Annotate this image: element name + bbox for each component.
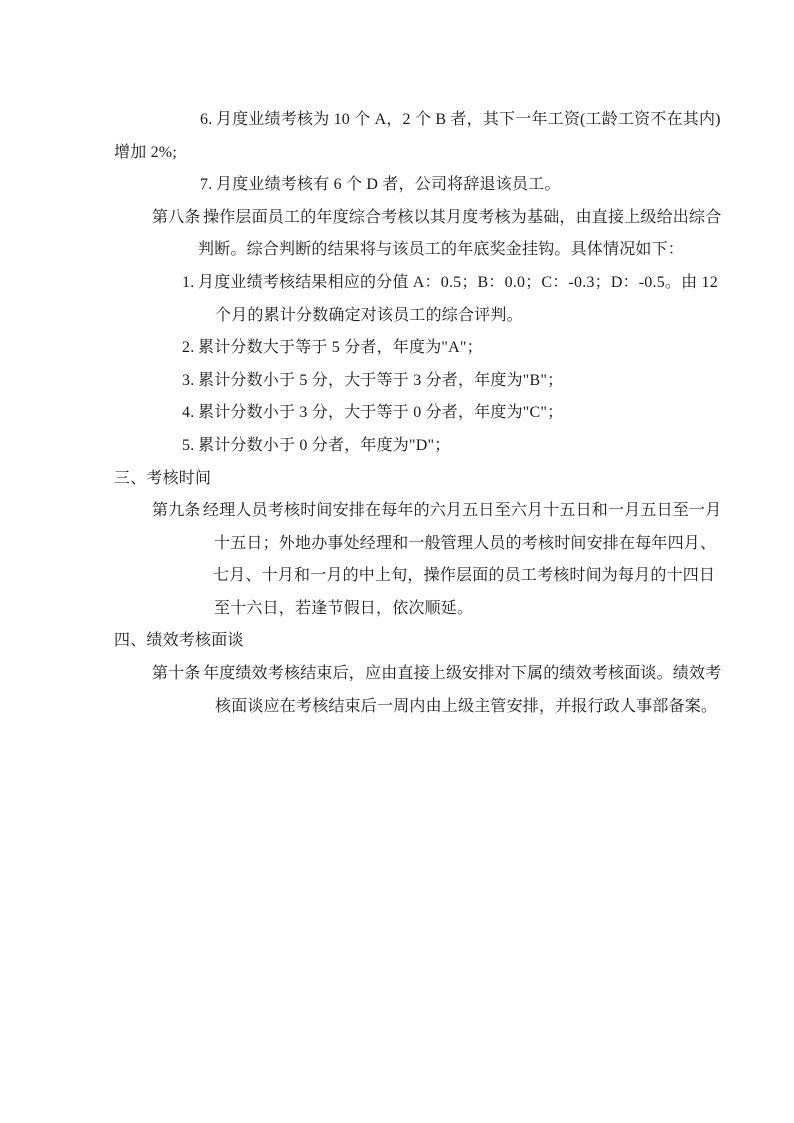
section-heading: 四、绩效考核面谈 (114, 631, 244, 651)
doc-line-article-9-continuation-1: 十五日；外地办事处经理和一般管理人员的考核时间安排在每年四月、 (0, 534, 794, 554)
line-text: 年度绩效考核结束后，应由直接上级安排对下属的绩效考核面谈。绩效考 (203, 664, 721, 684)
line-text: 十五日；外地办事处经理和一般管理人员的考核时间安排在每年四月、 (214, 534, 716, 554)
doc-line-article-9-continuation-3: 至十六日，若逢节假日，依次顺延。 (0, 599, 794, 619)
line-text: 累计分数小于 0 分者，年度为"D"； (198, 436, 450, 456)
line-text: 累计分数小于 3 分，大于等于 0 分者，年度为"C"； (198, 403, 563, 423)
line-text: 月度业绩考核结果相应的分值 A：0.5；B：0.0；C：-0.3；D：-0.5。… (198, 273, 718, 293)
list-number: 2. (182, 338, 194, 358)
list-number: 3. (182, 371, 194, 391)
line-text: 核面谈应在考核结束后一周内由上级主管安排，并报行政人事部备案。 (215, 697, 717, 717)
list-number: 5. (182, 436, 194, 456)
doc-line-article-9-continuation-2: 七月、十月和一月的中上旬，操作层面的员工考核时间为每月的十四日 (0, 566, 794, 586)
line-text: 七月、十月和一月的中上旬，操作层面的员工考核时间为每月的十四日 (213, 566, 715, 586)
section-heading: 三、考核时间 (114, 469, 211, 489)
doc-line-item-6-continuation: 增加 2%; (0, 143, 794, 163)
line-text: 判断。综合判断的结果将与该员工的年底奖金挂钩。具体情况如下： (198, 240, 684, 260)
line-text: 操作层面员工的年度综合考核以其月度考核为基础，由直接上级给出综合 (203, 208, 721, 228)
article-label: 第八条 (152, 208, 201, 228)
doc-line-numbered-item-7: 7. 月度业绩考核有 6 个 D 者，公司将辞退该员工。 (0, 175, 794, 195)
document-page: 6. 月度业绩考核为 10 个 A，2 个 B 者，其下一年工资(工龄工资不在其… (0, 0, 794, 1123)
doc-line-section-heading-4: 四、绩效考核面谈 (0, 631, 794, 651)
line-text: 个月的累计分数确定对该员工的综合评判。 (215, 306, 523, 326)
doc-line-article-8-continuation: 判断。综合判断的结果将与该员工的年底奖金挂钩。具体情况如下： (0, 240, 794, 260)
doc-line-article-10: 第十条 年度绩效考核结束后，应由直接上级安排对下属的绩效考核面谈。绩效考 (0, 664, 794, 684)
doc-line-numbered-item-5: 5. 累计分数小于 0 分者，年度为"D"； (0, 436, 794, 456)
line-text: 至十六日，若逢节假日，依次顺延。 (214, 599, 473, 619)
list-number: 6. (200, 110, 212, 130)
line-text: 累计分数大于等于 5 分者，年度为"A"； (198, 338, 483, 358)
list-number: 4. (182, 403, 194, 423)
article-label: 第十条 (152, 664, 201, 684)
doc-line-article-9: 第九条 经理人员考核时间安排在每年的六月五日至六月十五日和一月五日至一月 (0, 501, 794, 521)
line-text: 累计分数小于 5 分，大于等于 3 分者，年度为"B"； (198, 371, 563, 391)
line-text: 增加 2%; (114, 143, 177, 163)
list-number: 7. (200, 175, 212, 195)
doc-line-numbered-item-1: 1. 月度业绩考核结果相应的分值 A：0.5；B：0.0；C：-0.3；D：-0… (0, 273, 794, 293)
doc-line-section-heading-3: 三、考核时间 (0, 469, 794, 489)
doc-line-numbered-item-4: 4. 累计分数小于 3 分，大于等于 0 分者，年度为"C"； (0, 403, 794, 423)
line-text: 经理人员考核时间安排在每年的六月五日至六月十五日和一月五日至一月 (203, 501, 721, 521)
doc-line-numbered-item-3: 3. 累计分数小于 5 分，大于等于 3 分者，年度为"B"； (0, 371, 794, 391)
line-text: 月度业绩考核有 6 个 D 者，公司将辞退该员工。 (216, 175, 561, 195)
list-number: 1. (182, 273, 194, 293)
doc-line-numbered-item-2: 2. 累计分数大于等于 5 分者，年度为"A"； (0, 338, 794, 358)
article-label: 第九条 (152, 501, 201, 521)
line-text: 月度业绩考核为 10 个 A，2 个 B 者，其下一年工资(工龄工资不在其内) (216, 110, 721, 130)
doc-line-article-8: 第八条 操作层面员工的年度综合考核以其月度考核为基础，由直接上级给出综合 (0, 208, 794, 228)
doc-line-numbered-item-6: 6. 月度业绩考核为 10 个 A，2 个 B 者，其下一年工资(工龄工资不在其… (0, 110, 794, 130)
doc-line-article-10-continuation: 核面谈应在考核结束后一周内由上级主管安排，并报行政人事部备案。 (0, 697, 794, 717)
doc-line-item-1-continuation: 个月的累计分数确定对该员工的综合评判。 (0, 306, 794, 326)
